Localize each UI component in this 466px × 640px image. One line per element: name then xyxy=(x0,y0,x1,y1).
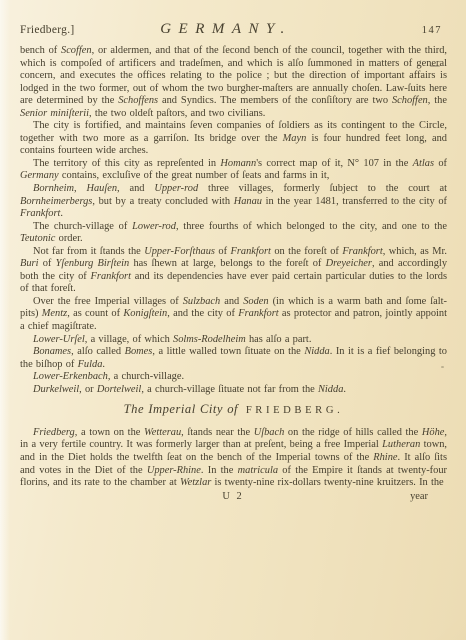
page-number: 147 xyxy=(300,25,442,36)
paragraph: The city is fortified, and maintains ſev… xyxy=(20,120,447,158)
paragraph: Not far from it ſtands the Upper-Forſtha… xyxy=(20,246,447,296)
paragraph: The territory of this city as repreſente… xyxy=(20,158,447,183)
section-heading: The Imperial City of FRIEDBERG. xyxy=(20,403,447,418)
paragraph: The church-village of Lower-rod, three f… xyxy=(20,221,447,246)
paragraph: Lower-Erkenbach, a church-village. xyxy=(20,371,447,384)
paragraph: Bonames, alſo called Bomes, a little wal… xyxy=(20,346,447,371)
paragraph: Bornheim, Hauſen, and Upper-rod three vi… xyxy=(20,183,447,221)
catchword: year xyxy=(410,491,428,502)
book-page: Friedberg.] GERMANY. 147 bench of Scoffe… xyxy=(0,0,466,640)
paragraph: Durkelweil, or Dortelweil, a church-vill… xyxy=(20,384,447,397)
scan-artifact-dot xyxy=(441,366,444,368)
running-head-title: GERMANY. xyxy=(154,21,292,38)
page-footer: U 2 year xyxy=(0,490,466,504)
paragraph: Lower-Urſel, a village, of which Solms-R… xyxy=(20,334,447,347)
body-text: bench of Scoffen, or aldermen, and that … xyxy=(0,38,466,490)
signature-mark: U 2 xyxy=(0,491,466,502)
paragraph: Over the free Imperial villages of Sulzb… xyxy=(20,296,447,334)
scan-artifact-dash xyxy=(430,65,440,67)
running-header: Friedberg.] GERMANY. 147 xyxy=(0,0,466,38)
running-head-keyword: Friedberg.] xyxy=(20,24,162,36)
paragraph: Friedberg, a town on the Wetterau, ſtand… xyxy=(20,427,447,490)
paragraph: bench of Scoffen, or aldermen, and that … xyxy=(20,45,447,120)
